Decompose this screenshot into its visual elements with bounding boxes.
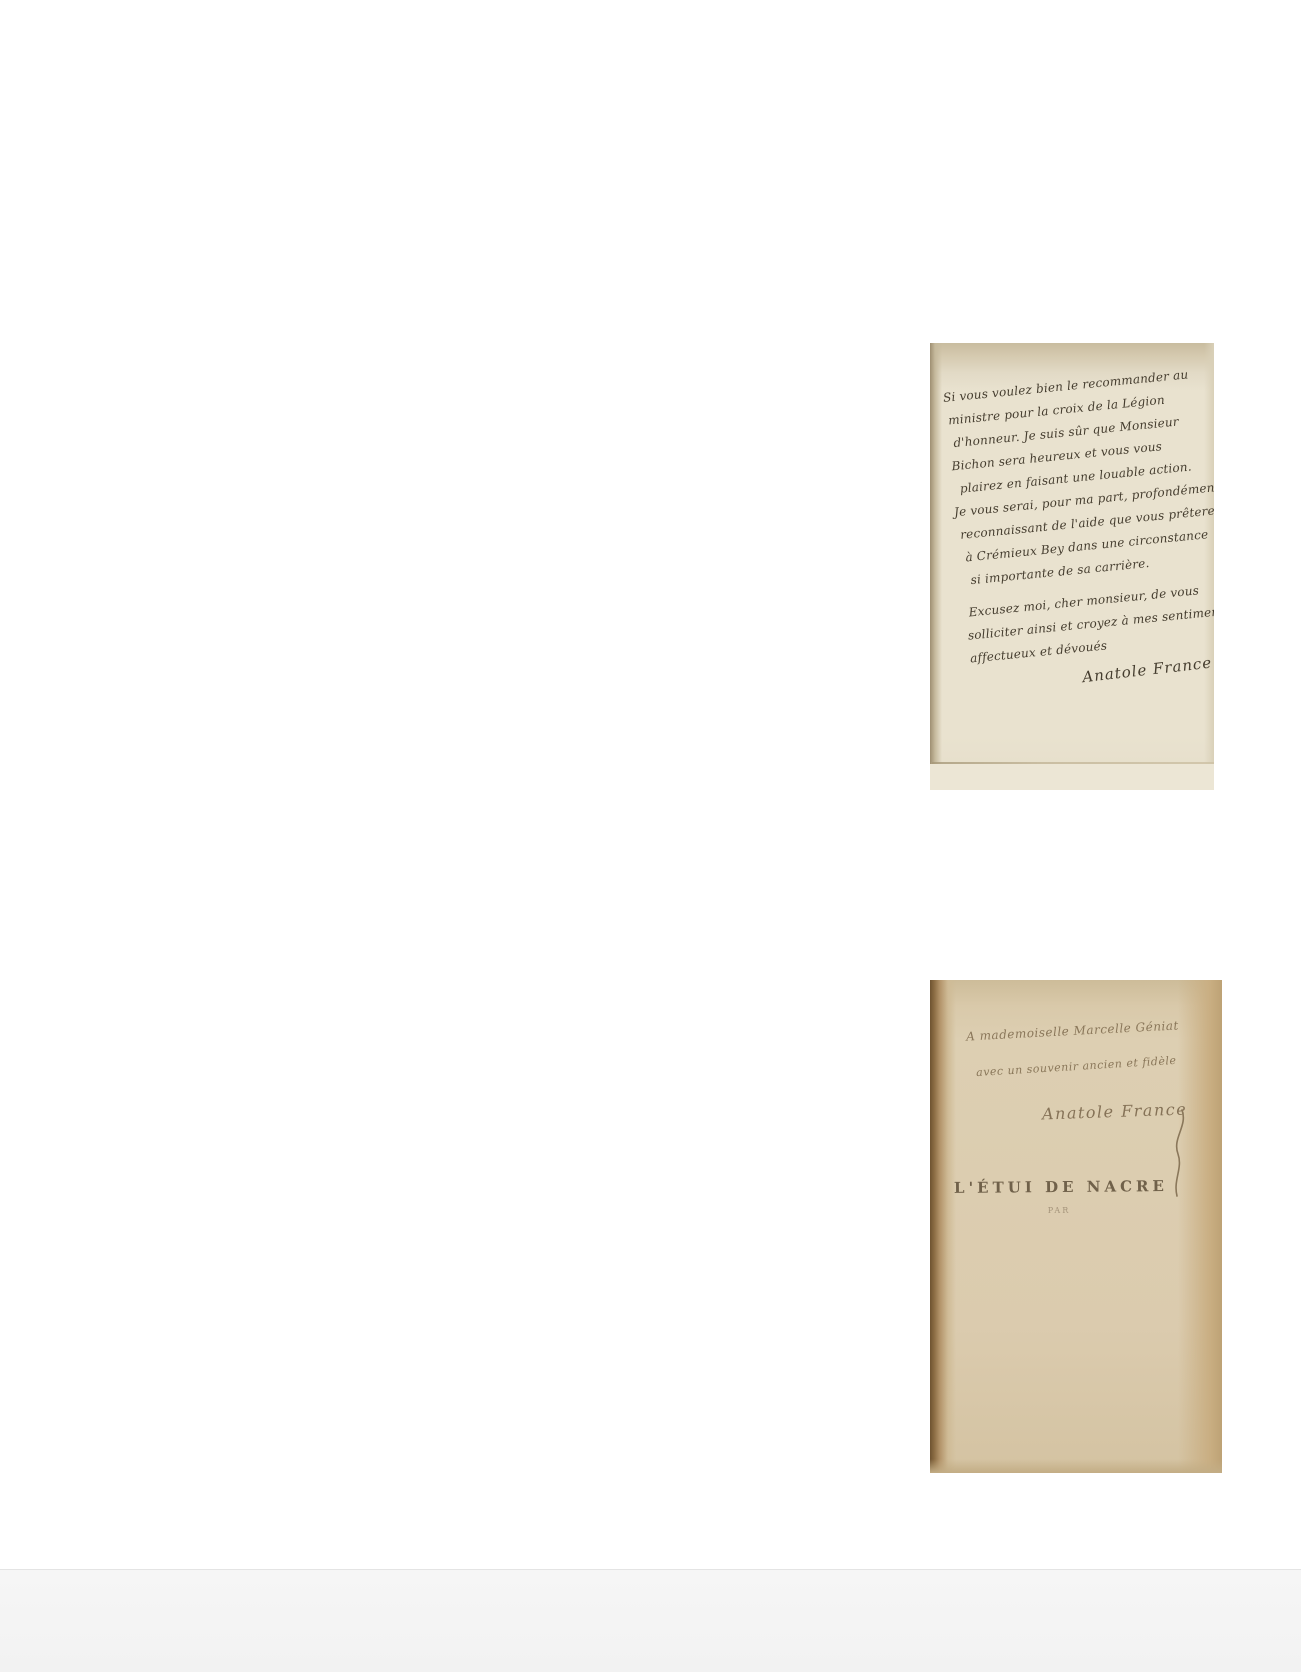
inscription-line: avec un souvenir ancien et fidèle: [976, 1054, 1177, 1079]
letter-fold-line: [932, 762, 1214, 764]
book-page-bottom-edge: [930, 1459, 1222, 1473]
inscription-line: A mademoiselle Marcelle Géniat: [966, 1018, 1179, 1043]
letter-paper-lower-fold: [930, 764, 1214, 790]
book-title-page-photo[interactable]: A mademoiselle Marcelle Géniat avec un s…: [930, 980, 1222, 1473]
letter-photo[interactable]: Si vous voulez bien le recommander au mi…: [930, 343, 1214, 790]
letter-paper-left-edge: [930, 343, 942, 790]
auction-catalog-page: { "page": { "background_color": "#ffffff…: [0, 0, 1301, 1672]
page-footer: [0, 1569, 1301, 1672]
book-byline: PAR: [954, 1206, 1164, 1215]
book-title: L'ÉTUI DE NACRE: [954, 1177, 1164, 1197]
letter-handwriting: Si vous voulez bien le recommander au mi…: [942, 362, 1214, 700]
book-page-right-edge: [1178, 980, 1222, 1473]
book-gutter-edge: [930, 980, 956, 1473]
pen-flourish: [1166, 1108, 1194, 1200]
